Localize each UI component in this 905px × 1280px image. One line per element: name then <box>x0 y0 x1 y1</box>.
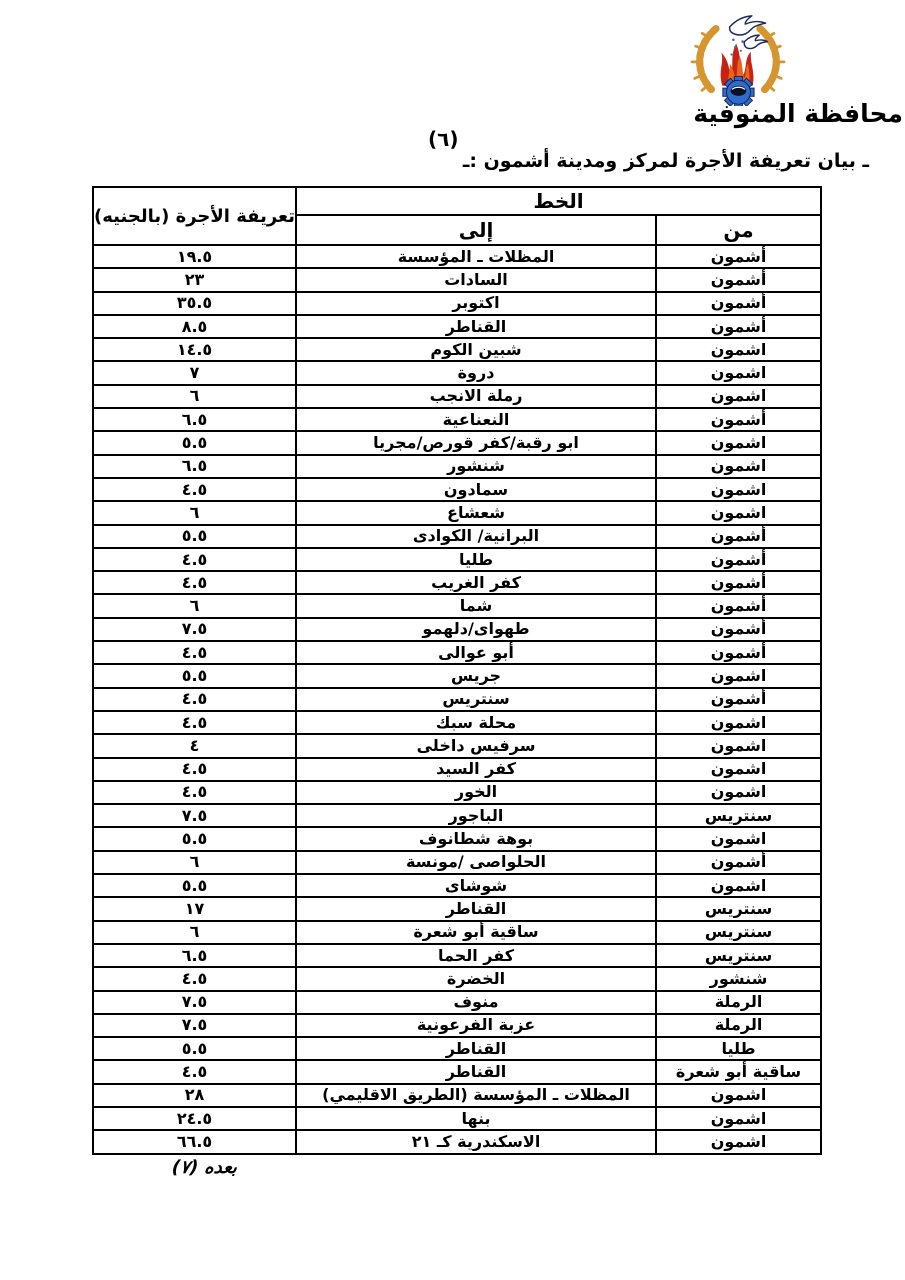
from-cell: الرملة <box>656 991 821 1014</box>
to-cell: طهواى/دلهمو <box>296 618 656 641</box>
fare-table-header: الخط تعريفة الأجرة (بالجنيه) من إلى <box>93 187 821 245</box>
from-cell: اشمون <box>656 1084 821 1107</box>
fare-cell: ٤.٥ <box>93 967 296 990</box>
from-cell: أشمون <box>656 245 821 268</box>
table-row: اشمونكفر السيد٤.٥ <box>93 758 821 781</box>
to-cell: طليا <box>296 548 656 571</box>
column-header-line: الخط <box>296 187 821 215</box>
table-row: أشمونالمظلات ـ المؤسسة١٩.٥ <box>93 245 821 268</box>
table-row: أشمونشما٦ <box>93 594 821 617</box>
from-cell: أشمون <box>656 594 821 617</box>
to-cell: ابو رقبة/كفر قورص/مجريا <box>296 431 656 454</box>
from-cell: أشمون <box>656 548 821 571</box>
fare-cell: ٦ <box>93 594 296 617</box>
to-cell: الباجور <box>296 804 656 827</box>
to-cell: رملة الانجب <box>296 385 656 408</box>
table-row: شنشورالخضرة٤.٥ <box>93 967 821 990</box>
fare-cell: ٧.٥ <box>93 1014 296 1037</box>
table-row: اشمونشنشور٦.٥ <box>93 455 821 478</box>
from-cell: اشمون <box>656 664 821 687</box>
to-cell: المظلات ـ المؤسسة <box>296 245 656 268</box>
fare-cell: ٦ <box>93 851 296 874</box>
table-row: اشمونابو رقبة/كفر قورص/مجريا٥.٥ <box>93 431 821 454</box>
to-cell: دروة <box>296 361 656 384</box>
from-cell: اشمون <box>656 431 821 454</box>
to-cell: القناطر <box>296 1060 656 1083</box>
from-cell: أشمون <box>656 408 821 431</box>
fare-cell: ٥.٥ <box>93 525 296 548</box>
fare-cell: ٧.٥ <box>93 991 296 1014</box>
to-cell: محلة سبك <box>296 711 656 734</box>
from-cell: اشمون <box>656 501 821 524</box>
fare-cell: ٦ <box>93 501 296 524</box>
from-cell: أشمون <box>656 688 821 711</box>
table-row: الرملةمنوف٧.٥ <box>93 991 821 1014</box>
fare-cell: ٥.٥ <box>93 827 296 850</box>
from-cell: اشمون <box>656 338 821 361</box>
to-cell: السادات <box>296 268 656 291</box>
from-cell: اشمون <box>656 734 821 757</box>
from-cell: أشمون <box>656 571 821 594</box>
from-cell: أشمون <box>656 268 821 291</box>
column-header-to: إلى <box>296 215 656 245</box>
fare-cell: ٤.٥ <box>93 478 296 501</box>
fare-cell: ٧.٥ <box>93 618 296 641</box>
to-cell: كفر الحما <box>296 944 656 967</box>
to-cell: النعناعية <box>296 408 656 431</box>
table-row: اشمونسمادون٤.٥ <box>93 478 821 501</box>
from-cell: أشمون <box>656 315 821 338</box>
table-row: الرملةعزبة الفرعونية٧.٥ <box>93 1014 821 1037</box>
table-row: أشمونأبو عوالى٤.٥ <box>93 641 821 664</box>
table-row: أشمونالسادات٢٣ <box>93 268 821 291</box>
to-cell: الخور <box>296 781 656 804</box>
table-row: أشمونطهواى/دلهمو٧.٥ <box>93 618 821 641</box>
from-cell: اشمون <box>656 781 821 804</box>
fare-cell: ٦٦.٥ <box>93 1130 296 1153</box>
fare-cell: ٤.٥ <box>93 1060 296 1083</box>
fare-cell: ١٩.٥ <box>93 245 296 268</box>
fare-cell: ٤.٥ <box>93 571 296 594</box>
fare-cell: ٣٥.٥ <box>93 292 296 315</box>
from-cell: اشمون <box>656 874 821 897</box>
to-cell: شبين الكوم <box>296 338 656 361</box>
fare-cell: ٤.٥ <box>93 688 296 711</box>
table-row: أشمونطليا٤.٥ <box>93 548 821 571</box>
footer-next-page-note: بعده (٧) <box>171 1157 238 1178</box>
from-cell: طليا <box>656 1037 821 1060</box>
to-cell: الحلواصى /مونسة <box>296 851 656 874</box>
from-cell: اشمون <box>656 827 821 850</box>
fare-cell: ٢٤.٥ <box>93 1107 296 1130</box>
to-cell: منوف <box>296 991 656 1014</box>
fare-cell: ٥.٥ <box>93 874 296 897</box>
from-cell: اشمون <box>656 758 821 781</box>
to-cell: القناطر <box>296 1037 656 1060</box>
to-cell: كفر السيد <box>296 758 656 781</box>
table-row: أشمونالنعناعية٦.٥ <box>93 408 821 431</box>
table-row: سنتريسكفر الحما٦.٥ <box>93 944 821 967</box>
fare-cell: ٤.٥ <box>93 641 296 664</box>
fare-cell: ٨.٥ <box>93 315 296 338</box>
to-cell: أبو عوالى <box>296 641 656 664</box>
table-row: أشمونالقناطر٨.٥ <box>93 315 821 338</box>
to-cell: القناطر <box>296 897 656 920</box>
page-title: ـ بيان تعريفة الأجرة لمركز ومدينة أشمون … <box>463 150 869 172</box>
table-row: اشمونشبين الكوم١٤.٥ <box>93 338 821 361</box>
from-cell: اشمون <box>656 361 821 384</box>
from-cell: اشمون <box>656 1107 821 1130</box>
fare-cell: ٥.٥ <box>93 1037 296 1060</box>
from-cell: اشمون <box>656 385 821 408</box>
table-row: اشموندروة٧ <box>93 361 821 384</box>
fare-cell: ٧.٥ <box>93 804 296 827</box>
table-row: اشمونالاسكندرية كـ ٢١٦٦.٥ <box>93 1130 821 1153</box>
from-cell: ساقية أبو شعرة <box>656 1060 821 1083</box>
page-number: (٦) <box>428 127 459 151</box>
to-cell: اكتوبر <box>296 292 656 315</box>
fare-cell: ٦.٥ <box>93 944 296 967</box>
fare-cell: ٤ <box>93 734 296 757</box>
table-row: أشمونكفر الغريب٤.٥ <box>93 571 821 594</box>
to-cell: سرفيس داخلى <box>296 734 656 757</box>
fare-cell: ٧ <box>93 361 296 384</box>
to-cell: بنها <box>296 1107 656 1130</box>
table-row: ساقية أبو شعرةالقناطر٤.٥ <box>93 1060 821 1083</box>
to-cell: الخضرة <box>296 967 656 990</box>
table-row: اشمونالمظلات ـ المؤسسة (الطريق الاقليمي)… <box>93 1084 821 1107</box>
table-row: اشمونسرفيس داخلى٤ <box>93 734 821 757</box>
fare-cell: ٦ <box>93 385 296 408</box>
to-cell: جريس <box>296 664 656 687</box>
table-row: طلياالقناطر٥.٥ <box>93 1037 821 1060</box>
from-cell: أشمون <box>656 618 821 641</box>
column-header-fare: تعريفة الأجرة (بالجنيه) <box>93 187 296 245</box>
table-row: أشموناكتوبر٣٥.٥ <box>93 292 821 315</box>
table-row: سنتريسالقناطر١٧ <box>93 897 821 920</box>
from-cell: اشمون <box>656 1130 821 1153</box>
document-page: محافظة المنوفية (٦) ـ بيان تعريفة الأجرة… <box>0 0 905 1280</box>
from-cell: سنتريس <box>656 897 821 920</box>
to-cell: شما <box>296 594 656 617</box>
to-cell: البرانية/ الكوادى <box>296 525 656 548</box>
fare-cell: ٦.٥ <box>93 455 296 478</box>
from-cell: سنتريس <box>656 944 821 967</box>
to-cell: سنتريس <box>296 688 656 711</box>
from-cell: سنتريس <box>656 804 821 827</box>
table-row: اشمونجريس٥.٥ <box>93 664 821 687</box>
to-cell: الاسكندرية كـ ٢١ <box>296 1130 656 1153</box>
fare-table: الخط تعريفة الأجرة (بالجنيه) من إلى أشمو… <box>92 186 822 1155</box>
table-row: سنتريسالباجور٧.٥ <box>93 804 821 827</box>
fare-cell: ٥.٥ <box>93 431 296 454</box>
table-row: أشمونسنتريس٤.٥ <box>93 688 821 711</box>
fare-table-body: أشمونالمظلات ـ المؤسسة١٩.٥أشمونالسادات٢٣… <box>93 245 821 1154</box>
from-cell: شنشور <box>656 967 821 990</box>
to-cell: شنشور <box>296 455 656 478</box>
fare-cell: ٢٨ <box>93 1084 296 1107</box>
table-row: اشمونشوشاى٥.٥ <box>93 874 821 897</box>
to-cell: سمادون <box>296 478 656 501</box>
fare-cell: ١٤.٥ <box>93 338 296 361</box>
fare-cell: ٦.٥ <box>93 408 296 431</box>
to-cell: القناطر <box>296 315 656 338</box>
fare-cell: ٢٣ <box>93 268 296 291</box>
to-cell: بوهة شطانوف <box>296 827 656 850</box>
to-cell: المظلات ـ المؤسسة (الطريق الاقليمي) <box>296 1084 656 1107</box>
column-header-from: من <box>656 215 821 245</box>
to-cell: شعشاع <box>296 501 656 524</box>
table-row: اشمونرملة الانجب٦ <box>93 385 821 408</box>
from-cell: اشمون <box>656 478 821 501</box>
fare-cell: ٤.٥ <box>93 548 296 571</box>
governorate-name: محافظة المنوفية <box>693 99 903 128</box>
table-row: أشمونالحلواصى /مونسة٦ <box>93 851 821 874</box>
fare-cell: ٤.٥ <box>93 758 296 781</box>
table-row: اشمونبوهة شطانوف٥.٥ <box>93 827 821 850</box>
from-cell: سنتريس <box>656 921 821 944</box>
from-cell: أشمون <box>656 525 821 548</box>
table-row: سنتريسساقية أبو شعرة٦ <box>93 921 821 944</box>
from-cell: اشمون <box>656 711 821 734</box>
table-row: أشمونالبرانية/ الكوادى٥.٥ <box>93 525 821 548</box>
from-cell: اشمون <box>656 455 821 478</box>
fare-cell: ٦ <box>93 921 296 944</box>
to-cell: ساقية أبو شعرة <box>296 921 656 944</box>
to-cell: كفر الغريب <box>296 571 656 594</box>
to-cell: شوشاى <box>296 874 656 897</box>
to-cell: عزبة الفرعونية <box>296 1014 656 1037</box>
table-row: اشمونمحلة سبك٤.٥ <box>93 711 821 734</box>
table-row: اشمونبنها٢٤.٥ <box>93 1107 821 1130</box>
from-cell: الرملة <box>656 1014 821 1037</box>
from-cell: أشمون <box>656 851 821 874</box>
fare-cell: ٤.٥ <box>93 711 296 734</box>
fare-cell: ٥.٥ <box>93 664 296 687</box>
fare-cell: ٤.٥ <box>93 781 296 804</box>
from-cell: أشمون <box>656 641 821 664</box>
fare-cell: ١٧ <box>93 897 296 920</box>
governorate-emblem <box>683 14 793 106</box>
table-row: اشمونشعشاع٦ <box>93 501 821 524</box>
from-cell: أشمون <box>656 292 821 315</box>
table-row: اشمونالخور٤.٥ <box>93 781 821 804</box>
